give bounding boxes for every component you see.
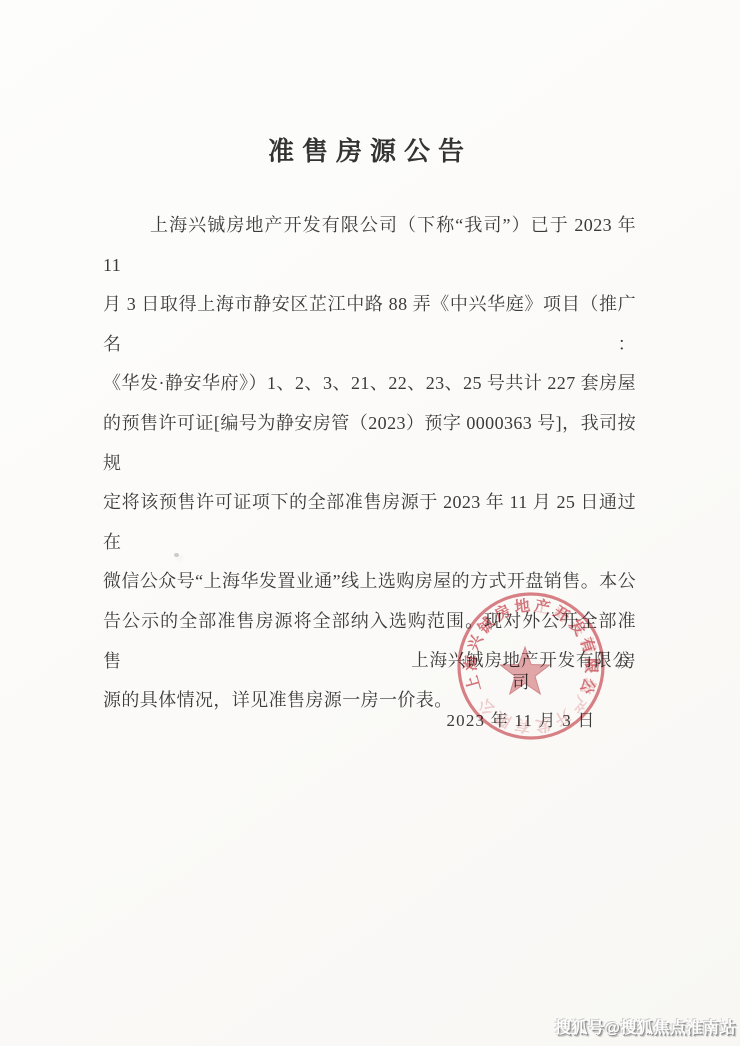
watermark-text: 搜狐号@搜狐焦点淮南站 (555, 1015, 736, 1038)
body-line: 上海兴铖房地产开发有限公司（下称“我司”）已于 2023 年 11 (103, 206, 636, 285)
signature-date: 2023 年 11 月 3 日 (403, 710, 639, 732)
body-line: 月 3 日取得上海市静安区芷江中路 88 弄《中兴华庭》项目（推广名： (103, 285, 636, 364)
scanned-document-page: 准售房源公告 上海兴铖房地产开发有限公司（下称“我司”）已于 2023 年 11… (0, 0, 740, 1046)
signature-company-name: 上海兴铖房地产开发有限公司 (403, 649, 639, 693)
document-title: 准售房源公告 (0, 131, 740, 168)
body-line: 微信公众号“上海华发置业通”线上选购房屋的方式开盘销售。本公 (103, 562, 636, 602)
signature-block: 上海兴铖房地产开发有限公司 2023 年 11 月 3 日 (403, 649, 639, 732)
announcement-paragraph: 上海兴铖房地产开发有限公司（下称“我司”）已于 2023 年 11 月 3 日取… (103, 206, 636, 721)
body-line: 定将该预售许可证项下的全部准售房源于 2023 年 11 月 25 日通过在 (103, 483, 636, 562)
body-line: 《华发·静安华府》）1、2、3、21、22、23、25 号共计 227 套房屋 (103, 364, 636, 404)
body-line: 的预售许可证[编号为静安房管（2023）预字 0000363 号]，我司按规 (103, 404, 636, 483)
scan-speck (174, 553, 179, 557)
